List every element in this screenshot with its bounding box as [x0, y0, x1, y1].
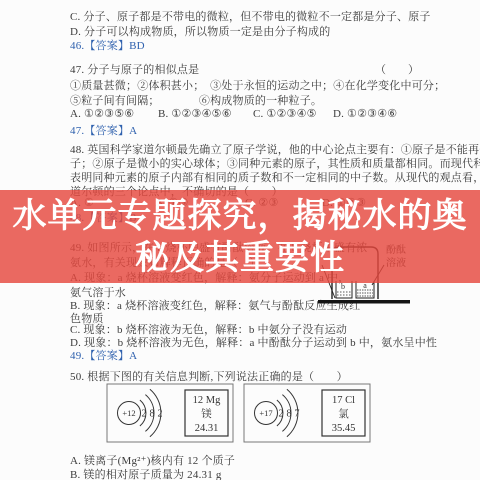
mg-shell2-electrons: 8 [150, 409, 155, 420]
q47-option-c: C. ①②③④⑤ [253, 107, 317, 120]
mg-number-symbol: 12 Mg [193, 395, 221, 406]
title-banner-overlay: 水单元专题探究，揭秘水的奥 秘及其重要性 [0, 190, 480, 283]
q46-answer: 46.【答案】BD [70, 37, 145, 53]
banner-title-line1: 水单元专题探究，揭秘水的奥 [13, 195, 468, 237]
q50-option-b: B. 镁的相对原子质量为 24.31 g [70, 466, 222, 480]
q47-option-a: A. ①②③⑤⑥ [70, 107, 134, 120]
q50-stem: 50. 根据下图的有关信息判断,下列说法正确的是（ ） [70, 368, 348, 384]
q49-answer: 49.【答案】A [70, 347, 137, 363]
mg-shell1-electrons: 2 [142, 409, 147, 420]
cl-shell3-electrons: 7 [295, 409, 300, 420]
cl-mass: 35.45 [332, 423, 356, 434]
cl-shell2-electrons: 8 [287, 409, 292, 420]
mg-name: 镁 [201, 407, 212, 420]
banner-title-line2: 秘及其重要性 [135, 237, 345, 279]
q49-option-b-line1: B. 现象：a 烧杯溶液变红色，解释：氨气与酚酞反应生成红 [70, 297, 360, 313]
mg-shell3-electrons: 2 [158, 409, 163, 420]
q47-option-d: D. ①②③④⑥ [333, 107, 397, 120]
q47-answer: 47.【答案】A [70, 122, 137, 138]
table-surface [318, 300, 410, 304]
q46-option-c: C. 分子、原子都是不带电的微粒，但不带电的微粒不一定都是分子、原子 [70, 8, 431, 24]
q47-items-line1: ①质量甚微；②体积甚小； ③处于永恒的运动之中；④在化学变化中可分； [70, 77, 445, 93]
cl-number-symbol: 17 Cl [332, 395, 355, 406]
cl-shell1-electrons: 2 [279, 409, 284, 420]
cl-nucleus-charge: +17 [259, 408, 272, 418]
beaker-b-label: b [341, 282, 345, 291]
mg-atom-diagram: +12 2 8 2 12 Mg 镁 24.31 [106, 383, 234, 443]
mg-nucleus-charge: +12 [122, 408, 135, 418]
q47-stem: 47. 分子与原子的相似点是 [70, 61, 199, 77]
q47-items-line2: ⑤粒子间有间隔； ⑥构成物质的一种粒子。 [70, 92, 322, 108]
q47-option-b: B. ①②③④⑤⑥ [158, 107, 232, 120]
q47-bracket: （ ） [375, 61, 419, 77]
cl-name: 氯 [338, 407, 349, 420]
mg-mass: 24.31 [195, 423, 219, 434]
cl-atom-diagram: +17 2 8 7 17 Cl 氯 35.45 [243, 383, 371, 443]
